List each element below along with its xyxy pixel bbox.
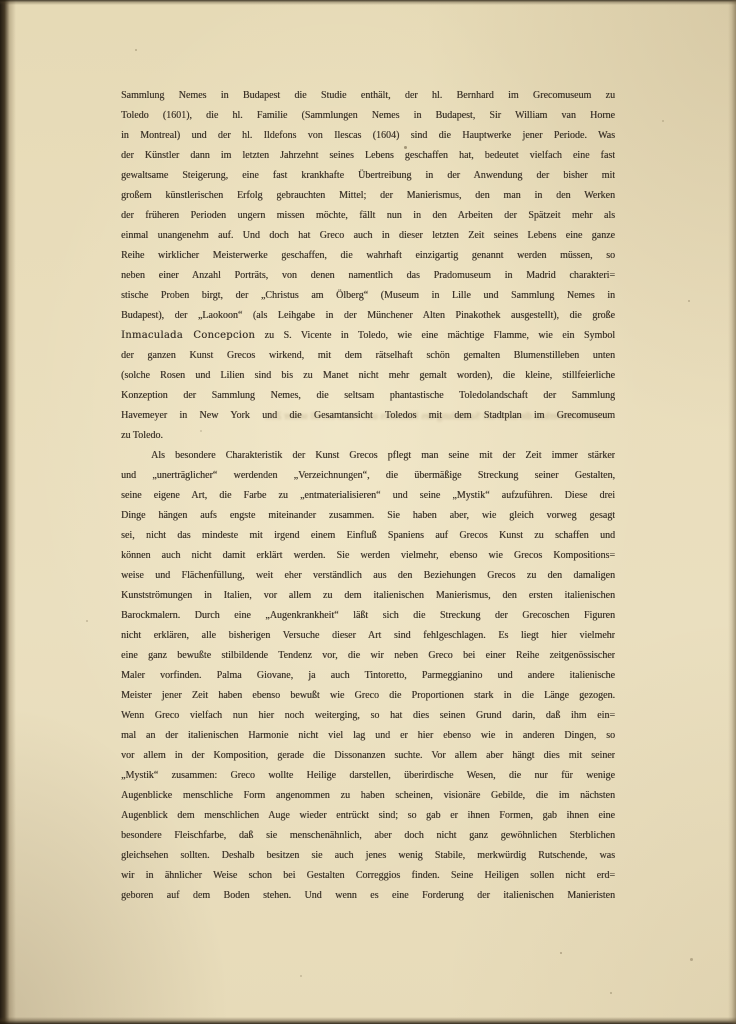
- page-text-block: Sammlung Nemes in Budapest die Studie en…: [121, 86, 615, 906]
- scan-edge-top: [0, 0, 736, 5]
- text-line: der Künstler dann im letzten Jahrzehnt s…: [121, 146, 615, 166]
- text-line: der früheren Perioden ungern missen möch…: [121, 206, 615, 226]
- paragraph-2: Als besondere Charakteristik der Kunst G…: [121, 446, 615, 906]
- text-line: geboren auf dem Boden stehen. Und wenn e…: [121, 886, 615, 906]
- text-line: Inmaculada Concepcion zu S. Vicente in T…: [121, 326, 615, 346]
- text-line: Wenn Greco vielfach nun hier noch weiter…: [121, 706, 615, 726]
- text-line: Sammlung Nemes in Budapest die Studie en…: [121, 86, 615, 106]
- text-line: eine ganz bewußte stilbildende Tendenz v…: [121, 646, 615, 666]
- paper-speck: [560, 952, 562, 954]
- text-line: zu Toledo.: [121, 426, 615, 446]
- paper-speck: [610, 992, 612, 994]
- text-line: vor allem in der Komposition, gerade die…: [121, 746, 615, 766]
- text-line: Reihe wirklicher Meisterwerke geschaffen…: [121, 246, 615, 266]
- antiqua-phrase: Inmaculada Concepcion: [121, 330, 255, 341]
- text-line: Als besondere Charakteristik der Kunst G…: [121, 446, 615, 466]
- text-line: stische Proben birgt, der „Christus am Ö…: [121, 286, 615, 306]
- text-line: besondere Fleischfarbe, daß sie menschen…: [121, 826, 615, 846]
- scan-edge-left: [0, 0, 16, 1024]
- text-line: wir in ähnlicher Weise schon bei Gestalt…: [121, 866, 615, 886]
- paper-speck: [300, 975, 302, 977]
- paper-speck: [662, 120, 664, 122]
- text-line: nicht erklären, alle bisherigen Versuche…: [121, 626, 615, 646]
- text-line: mal an der italienischen Harmonie nicht …: [121, 726, 615, 746]
- text-line: Toledo (1601), die hl. Familie (Sammlung…: [121, 106, 615, 126]
- text-line: und „unerträglicher“ werdenden „Verzeich…: [121, 466, 615, 486]
- text-line: großem künstlerischen Erfolg gebrauchten…: [121, 186, 615, 206]
- text-line: „Mystik“ zusammen: Greco wollte Heilige …: [121, 766, 615, 786]
- scanned-book-page: den Lebenswerken die alten der Sammlung …: [0, 0, 736, 1024]
- paper-speck: [688, 300, 690, 302]
- text-line: Augenblicke menschliche Form angenommen …: [121, 786, 615, 806]
- text-line: gleichsehen sollten. Deshalb besitzen si…: [121, 846, 615, 866]
- text-line: Kunstströmungen in Italien, vor allem zu…: [121, 586, 615, 606]
- text-line: weise und Flächenfüllung, weit eher vers…: [121, 566, 615, 586]
- text-line: Maler vorfinden. Palma Giovane, ja auch …: [121, 666, 615, 686]
- paper-speck: [135, 49, 137, 51]
- text-line: in Montreal) und der hl. Ildefons von Il…: [121, 126, 615, 146]
- text-line: Augenblick dem menschlichen Auge wieder …: [121, 806, 615, 826]
- text-line: einmal unangenehm auf. Und doch hat Grec…: [121, 226, 615, 246]
- text-line: sei, nicht das mindeste mit irgend einem…: [121, 526, 615, 546]
- text-line: Meister jener Zeit haben ebenso bewußt w…: [121, 686, 615, 706]
- text-line: seine eigene Art, die Farbe zu „entmater…: [121, 486, 615, 506]
- text-line: der ganzen Kunst Grecos wirkend, mit dem…: [121, 346, 615, 366]
- text-line: Barockmalern. Durch eine „Augenkrankheit…: [121, 606, 615, 626]
- text-line: Havemeyer in New York und die Gesamtansi…: [121, 406, 615, 426]
- paper-speck: [690, 958, 693, 961]
- text-line: Dinge hängen aufs engste miteinander zus…: [121, 506, 615, 526]
- text-line: können auch nicht damit erklärt werden. …: [121, 546, 615, 566]
- scan-edge-bottom: [0, 1017, 736, 1024]
- text-line: Konzeption der Sammlung Nemes, die selts…: [121, 386, 615, 406]
- text-line: (solche Rosen und Lilien sind bis zu Man…: [121, 366, 615, 386]
- text-line: neben einer Anzahl Porträts, von denen n…: [121, 266, 615, 286]
- paper-speck: [86, 620, 88, 622]
- scan-edge-right: [728, 0, 736, 1024]
- text-line: gewaltsame Steigerung, eine fast krankha…: [121, 166, 615, 186]
- paragraph-1: Sammlung Nemes in Budapest die Studie en…: [121, 86, 615, 446]
- text-line: Budapest), der „Laokoon“ (als Leihgabe i…: [121, 306, 615, 326]
